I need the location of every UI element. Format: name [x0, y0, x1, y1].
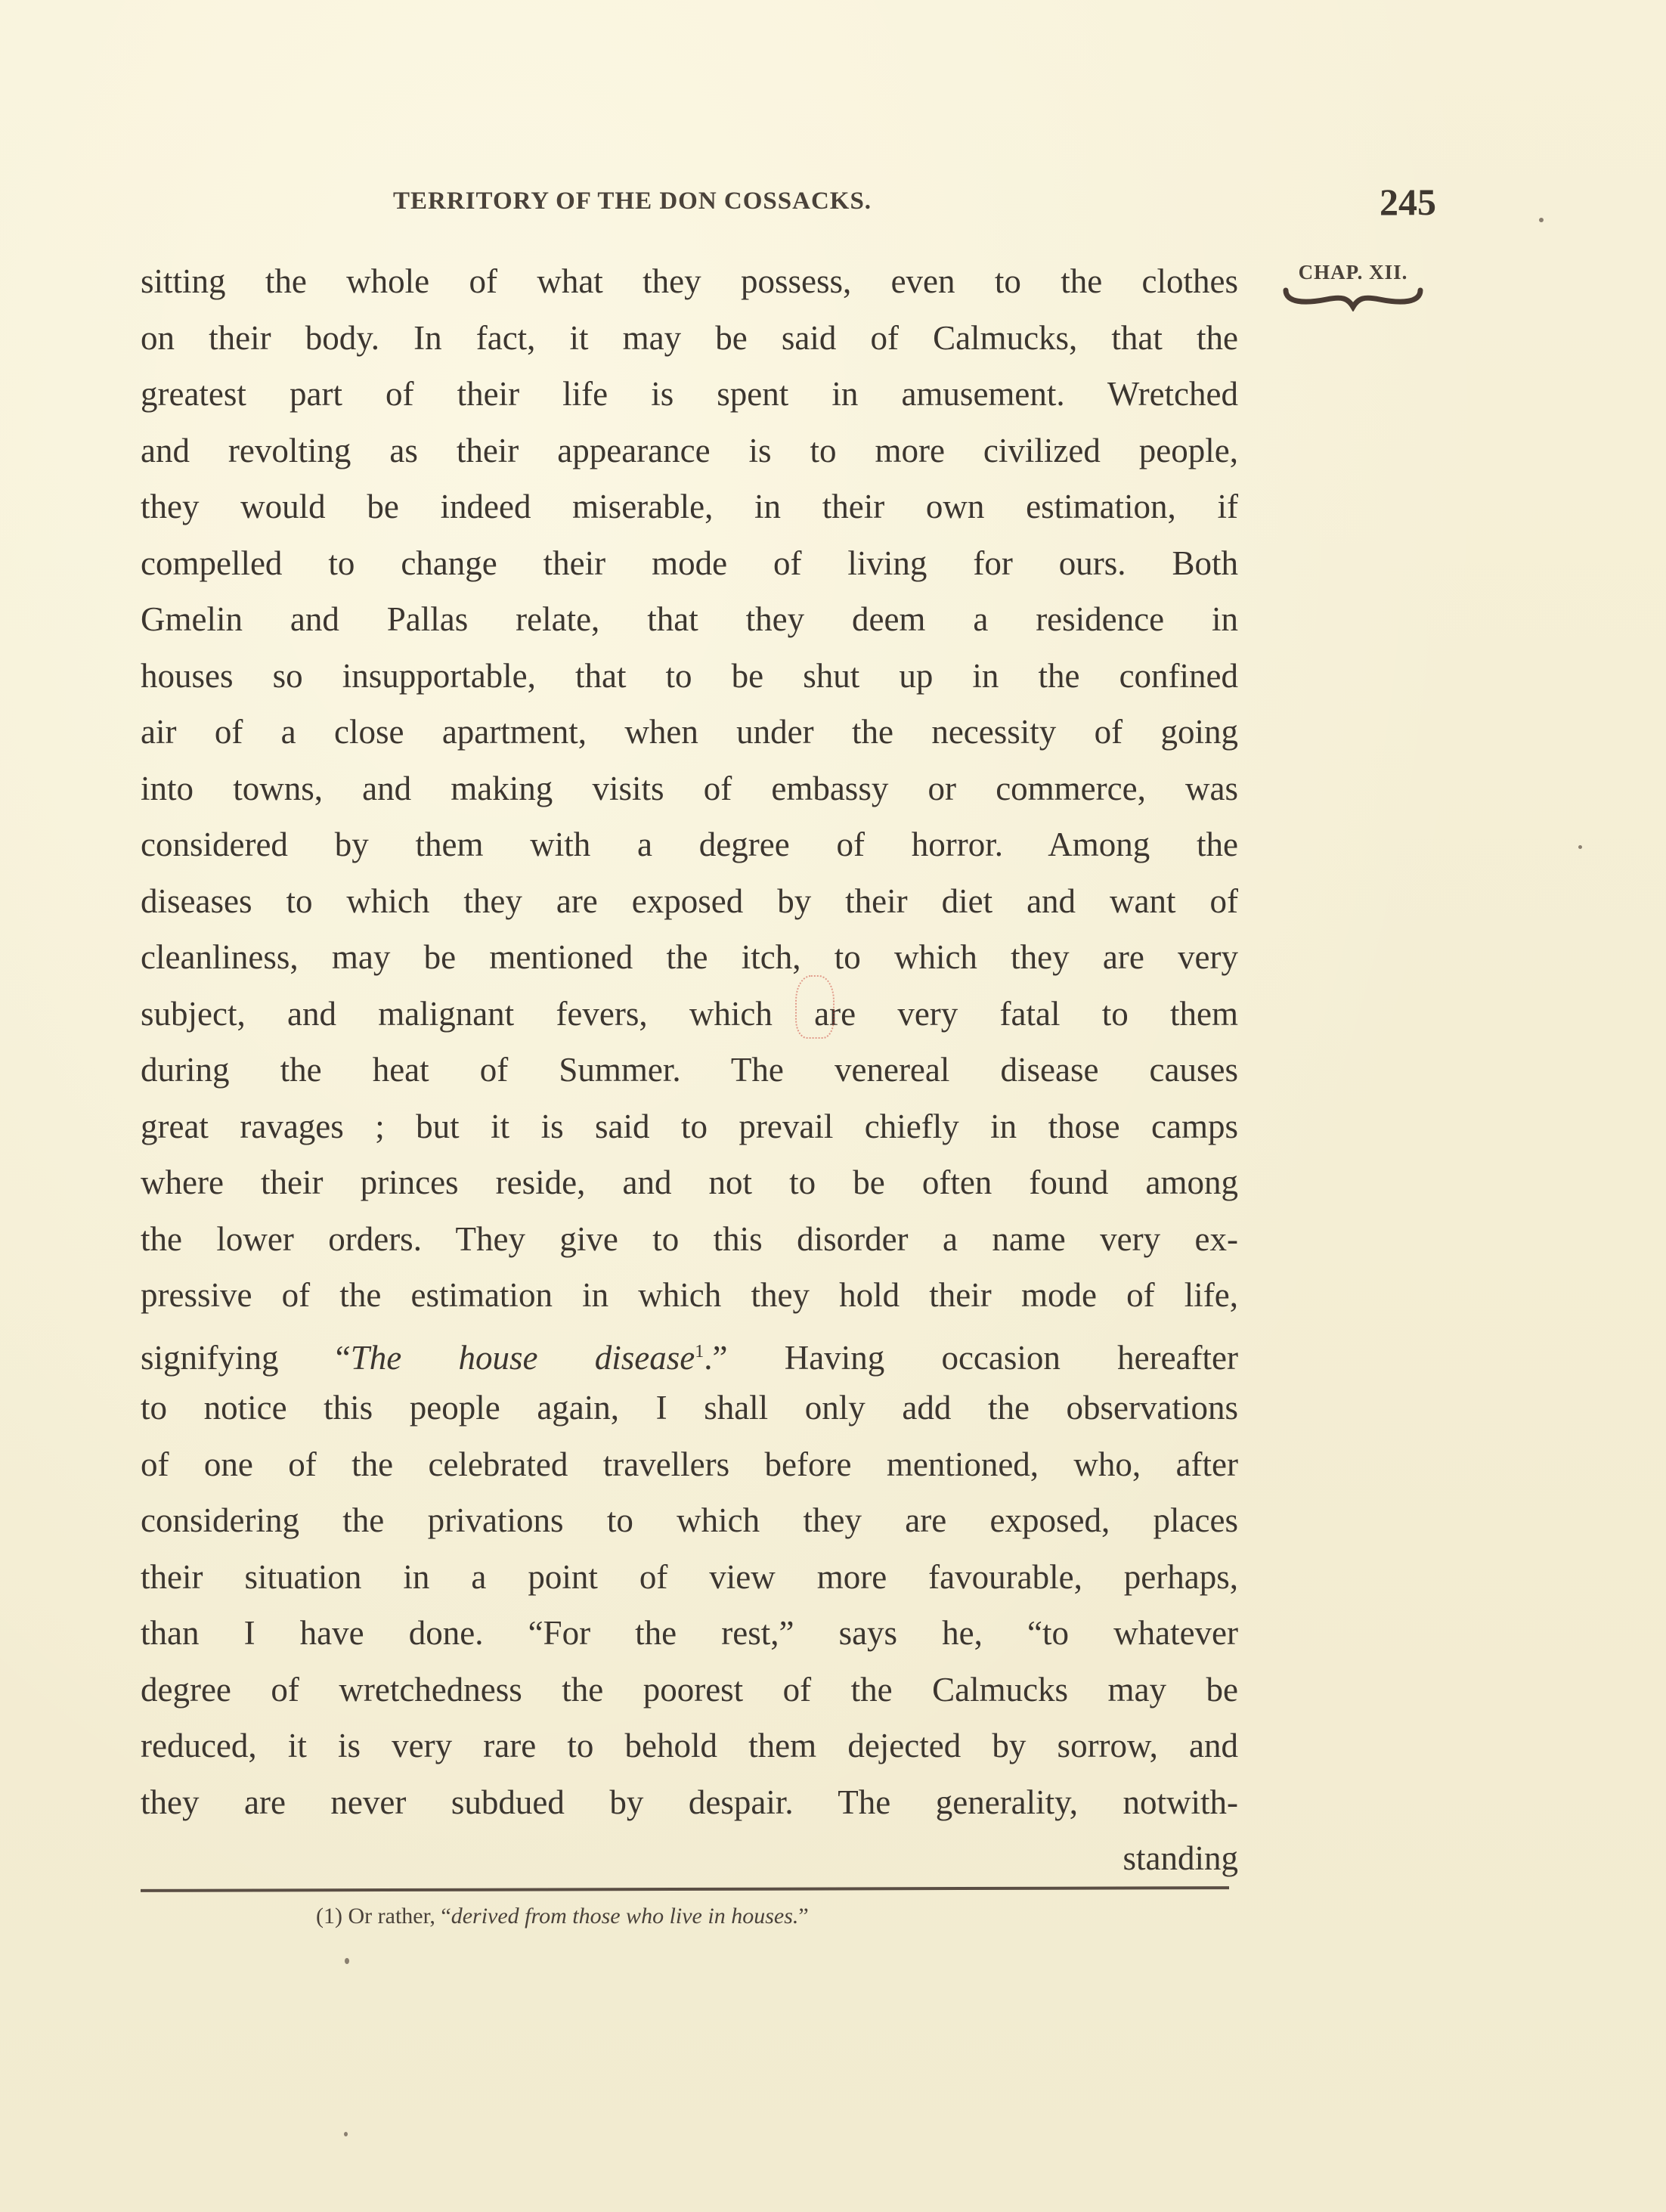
text-line: into towns, and making visits of embassy… — [141, 761, 1238, 817]
running-title: TERRITORY OF THE DON COSSACKS. — [393, 187, 872, 215]
italic-phrase: The house disease — [351, 1339, 695, 1377]
text-line: compelled to change their mode of living… — [141, 535, 1238, 592]
text-line: air of a close apartment, when under the… — [141, 704, 1238, 761]
footnote-quote-open: “ — [441, 1904, 451, 1929]
text-line: they would be indeed miserable, in their… — [141, 479, 1238, 535]
footnote-marker: (1) Or rather, — [316, 1904, 435, 1929]
text-line: on their body. In fact, it may be said o… — [141, 310, 1238, 367]
text-line: greatest part of their life is spent in … — [141, 366, 1238, 423]
page-header: TERRITORY OF THE DON COSSACKS. 245 — [393, 180, 1436, 225]
footnote-quote-close: ” — [798, 1904, 808, 1929]
book-page: TERRITORY OF THE DON COSSACKS. 245 CHAP.… — [0, 0, 1666, 2212]
text-line: their situation in a point of view more … — [141, 1549, 1238, 1606]
text-line: of one of the celebrated travellers befo… — [141, 1436, 1238, 1493]
text-line: diseases to which they are exposed by th… — [141, 873, 1238, 930]
text-line-with-italic: signifying “The house disease1.” Having … — [141, 1324, 1238, 1380]
text-line: they are never subdued by despair. The g… — [141, 1774, 1238, 1831]
chapter-margin-note: CHAP. XII. — [1277, 261, 1429, 311]
paper-speck — [344, 2132, 348, 2136]
text-line: pressive of the estimation in which they… — [141, 1267, 1238, 1324]
text-fragment: .” Having occasion hereafter — [704, 1339, 1238, 1377]
paper-speck — [1539, 218, 1544, 222]
text-line: during the heat of Summer. The venereal … — [141, 1042, 1238, 1098]
text-line: to notice this people again, I shall onl… — [141, 1380, 1238, 1436]
text-line: cleanliness, may be mentioned the itch, … — [141, 929, 1238, 986]
text-line: where their princes reside, and not to b… — [141, 1154, 1238, 1211]
footnote-reference: 1 — [695, 1342, 704, 1362]
text-line: reduced, it is very rare to behold them … — [141, 1718, 1238, 1774]
text-line: degree of wretchedness the poorest of th… — [141, 1662, 1238, 1718]
text-line: great ravages ; but it is said to prevai… — [141, 1098, 1238, 1155]
paper-speck — [1578, 845, 1582, 849]
text-line: sitting the whole of what they possess, … — [141, 253, 1238, 310]
footnote-rule — [141, 1886, 1229, 1892]
chapter-label: CHAP. XII. — [1277, 261, 1429, 284]
text-line: considering the privations to which they… — [141, 1492, 1238, 1549]
brace-ornament-icon — [1281, 286, 1425, 311]
text-line: subject, and malignant fevers, which are… — [141, 986, 1238, 1042]
catchword: standing — [141, 1830, 1238, 1887]
library-stamp-mark — [795, 975, 835, 1039]
body-text: sitting the whole of what they possess, … — [141, 253, 1238, 1887]
page-number: 245 — [1380, 180, 1436, 224]
footnote: (1) Or rather, “derived from those who l… — [316, 1904, 809, 1929]
text-line: the lower orders. They give to this diso… — [141, 1211, 1238, 1268]
paper-speck — [345, 1958, 349, 1964]
text-line: and revolting as their appearance is to … — [141, 423, 1238, 479]
text-line: than I have done. “For the rest,” says h… — [141, 1605, 1238, 1662]
text-line: Gmelin and Pallas relate, that they deem… — [141, 591, 1238, 648]
footnote-italic-text: derived from those who live in houses. — [451, 1904, 799, 1929]
text-line: considered by them with a degree of horr… — [141, 816, 1238, 873]
text-fragment: signifying “ — [141, 1339, 351, 1377]
text-line: houses so insupportable, that to be shut… — [141, 648, 1238, 705]
